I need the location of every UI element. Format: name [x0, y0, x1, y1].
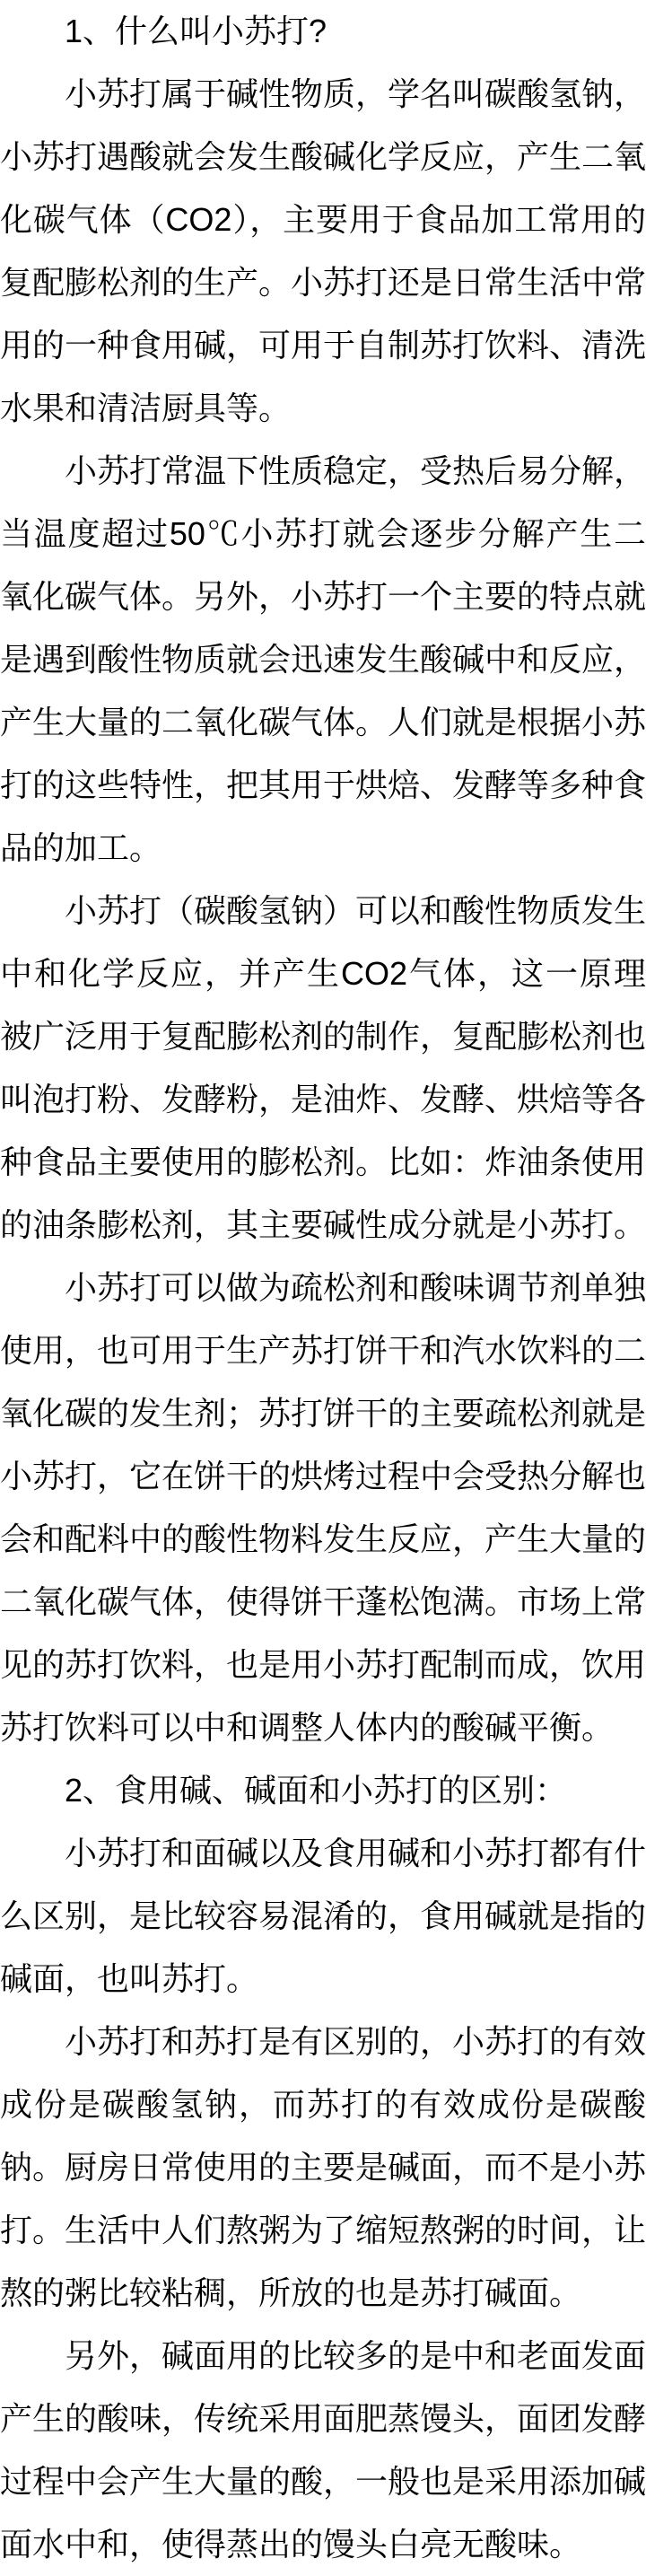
paragraph: 小苏打属于碱性物质，学名叫碳酸氢钠，小苏打遇酸就会发生酸碱化学反应，产生二氧化碳… — [0, 63, 646, 440]
paragraph: 小苏打（碳酸氢钠）可以和酸性物质发生中和化学反应，并产生CO2气体，这一原理被广… — [0, 880, 646, 1257]
section-what-is-baking-soda: 1、什么叫小苏打? 小苏打属于碱性物质，学名叫碳酸氢钠，小苏打遇酸就会发生酸碱化… — [0, 0, 646, 1759]
paragraph: 小苏打常温下性质稳定，受热后易分解，当温度超过50℃小苏打就会逐步分解产生二氧化… — [0, 440, 646, 880]
article: 1、什么叫小苏打? 小苏打属于碱性物质，学名叫碳酸氢钠，小苏打遇酸就会发生酸碱化… — [0, 0, 646, 2576]
paragraph: 小苏打和苏打是有区别的，小苏打的有效成份是碳酸氢钠，而苏打的有效成份是碳酸钠。厨… — [0, 2011, 646, 2325]
section-soda-vs-edible-alkali: 2、食用碱、碱面和小苏打的区别： 小苏打和面碱以及食用碱和小苏打都有什么区别，是… — [0, 1759, 646, 2576]
paragraph: 小苏打可以做为疏松剂和酸味调节剂单独使用，也可用于生产苏打饼干和汽水饮料的二氧化… — [0, 1257, 646, 1759]
section-heading: 1、什么叫小苏打? — [0, 0, 646, 63]
paragraph: 另外，碱面用的比较多的是中和老面发面产生的酸味，传统采用面肥蒸馒头，面团发酵过程… — [0, 2325, 646, 2576]
section-heading: 2、食用碱、碱面和小苏打的区别： — [0, 1759, 646, 1822]
paragraph: 小苏打和面碱以及食用碱和小苏打都有什么区别，是比较容易混淆的，食用碱就是指的碱面… — [0, 1822, 646, 2011]
